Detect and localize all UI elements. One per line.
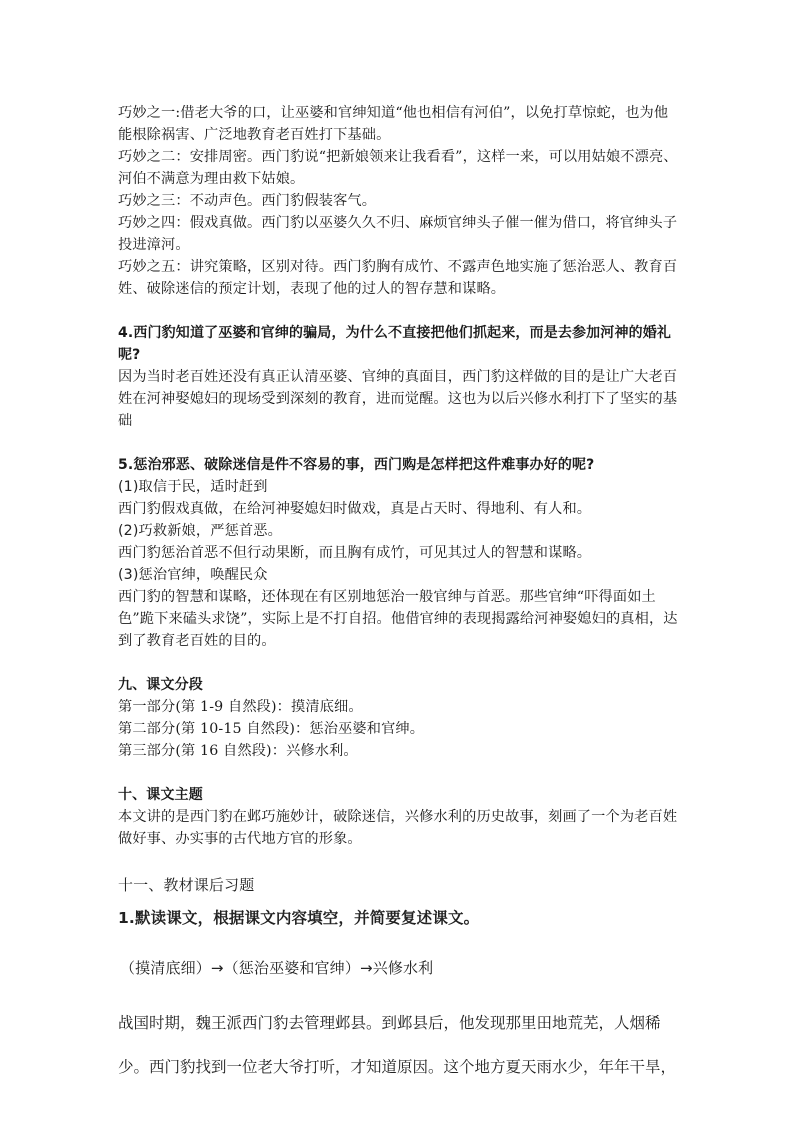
- point-5: 巧妙之五：讲究策略，区别对待。西门豹胸有成竹、不露声色地实施了惩治恶人、教育百姓…: [118, 256, 678, 300]
- section-11-title: 十一、教材课后习题: [118, 872, 678, 898]
- exercise-1-flow: （摸清底细）→（惩治巫婆和官绅）→兴修水利: [118, 954, 678, 982]
- question-4-title: 4.西门豹知道了巫婆和官绅的骗局，为什么不直接把他们抓起来，而是去参加河神的婚礼…: [118, 322, 678, 366]
- q5-item-2-heading: (2)巧救新娘，严惩首恶。: [118, 520, 678, 542]
- q5-item-3-heading: (3)惩治官绅，唤醒民众: [118, 564, 678, 586]
- q5-item-3-text: 西门豹的智慧和谋略，还体现在有区别地惩治一般官绅与首恶。那些官绅“吓得面如土色”…: [118, 586, 678, 652]
- q5-item-1-heading: (1)取信于民，适时赶到: [118, 476, 678, 498]
- spacer: [118, 762, 678, 784]
- spacer: [118, 850, 678, 872]
- part-3: 第三部分(第 16 自然段)：兴修水利。: [118, 740, 678, 762]
- part-2: 第二部分(第 10-15 自然段)：惩治巫婆和官绅。: [118, 718, 678, 740]
- section-10-title: 十、课文主题: [118, 784, 678, 806]
- exercise-1-story: 战国时期，魏王派西门豹去管理邺县。到邺县后，他发现那里田地荒芜，人烟稀 少。西门…: [118, 1006, 678, 1084]
- question-5: 5.惩治邪恶、破除迷信是件不容易的事，西门购是怎样把这件难事办好的呢? (1)取…: [118, 454, 678, 652]
- document-page: 巧妙之一:借老大爷的口，让巫婆和官绅知道“他也相信有河伯”，以免打草惊蛇，也为他…: [118, 102, 678, 1094]
- point-2: 巧妙之二：安排周密。西门豹说“把新娘领来让我看看”，这样一来，可以用姑娘不漂亮、…: [118, 146, 678, 190]
- spacer: [118, 300, 678, 322]
- spacer: [118, 652, 678, 674]
- story-line-2: 少。西门豹找到一位老大爷打听，才知道原因。这个地方夏天雨水少，年年干旱，: [118, 1050, 678, 1084]
- q5-item-2-text: 西门豹惩治首恶不但行动果断，而且胸有成竹，可见其过人的智慧和谋略。: [118, 542, 678, 564]
- point-1: 巧妙之一:借老大爷的口，让巫婆和官绅知道“他也相信有河伯”，以免打草惊蛇，也为他…: [118, 102, 678, 146]
- section-8-points: 巧妙之一:借老大爷的口，让巫婆和官绅知道“他也相信有河伯”，以免打草惊蛇，也为他…: [118, 102, 678, 300]
- spacer: [118, 432, 678, 454]
- question-4: 4.西门豹知道了巫婆和官绅的骗局，为什么不直接把他们抓起来，而是去参加河神的婚礼…: [118, 322, 678, 432]
- part-1: 第一部分(第 1-9 自然段)：摸清底细。: [118, 696, 678, 718]
- q5-item-1-text: 西门豹假戏真做，在给河神娶媳妇时做戏，真是占天时、得地利、有人和。: [118, 498, 678, 520]
- story-line-1: 战国时期，魏王派西门豹去管理邺县。到邺县后，他发现那里田地荒芜，人烟稀: [118, 1006, 678, 1040]
- section-10-text: 本文讲的是西门豹在邺巧施妙计，破除迷信，兴修水利的历史故事，刻画了一个为老百姓做…: [118, 806, 678, 850]
- exercise-1-title: 1.默读课文，根据课文内容填空，并简要复述课文。: [118, 904, 678, 932]
- question-4-answer: 因为当时老百姓还没有真正认清巫婆、官绅的真面目，西门豹这样做的目的是让广大老百姓…: [118, 366, 678, 432]
- section-10: 十、课文主题 本文讲的是西门豹在邺巧施妙计，破除迷信，兴修水利的历史故事，刻画了…: [118, 784, 678, 850]
- point-3: 巧妙之三：不动声色。西门豹假装客气。: [118, 190, 678, 212]
- section-9: 九、课文分段 第一部分(第 1-9 自然段)：摸清底细。 第二部分(第 10-1…: [118, 674, 678, 762]
- question-5-title: 5.惩治邪恶、破除迷信是件不容易的事，西门购是怎样把这件难事办好的呢?: [118, 454, 678, 476]
- point-4: 巧妙之四：假戏真做。西门豹以巫婆久久不归、麻烦官绅头子催一催为借口，将官绅头子投…: [118, 212, 678, 256]
- section-11: 十一、教材课后习题 1.默读课文，根据课文内容填空，并简要复述课文。 （摸清底细…: [118, 872, 678, 1084]
- section-9-title: 九、课文分段: [118, 674, 678, 696]
